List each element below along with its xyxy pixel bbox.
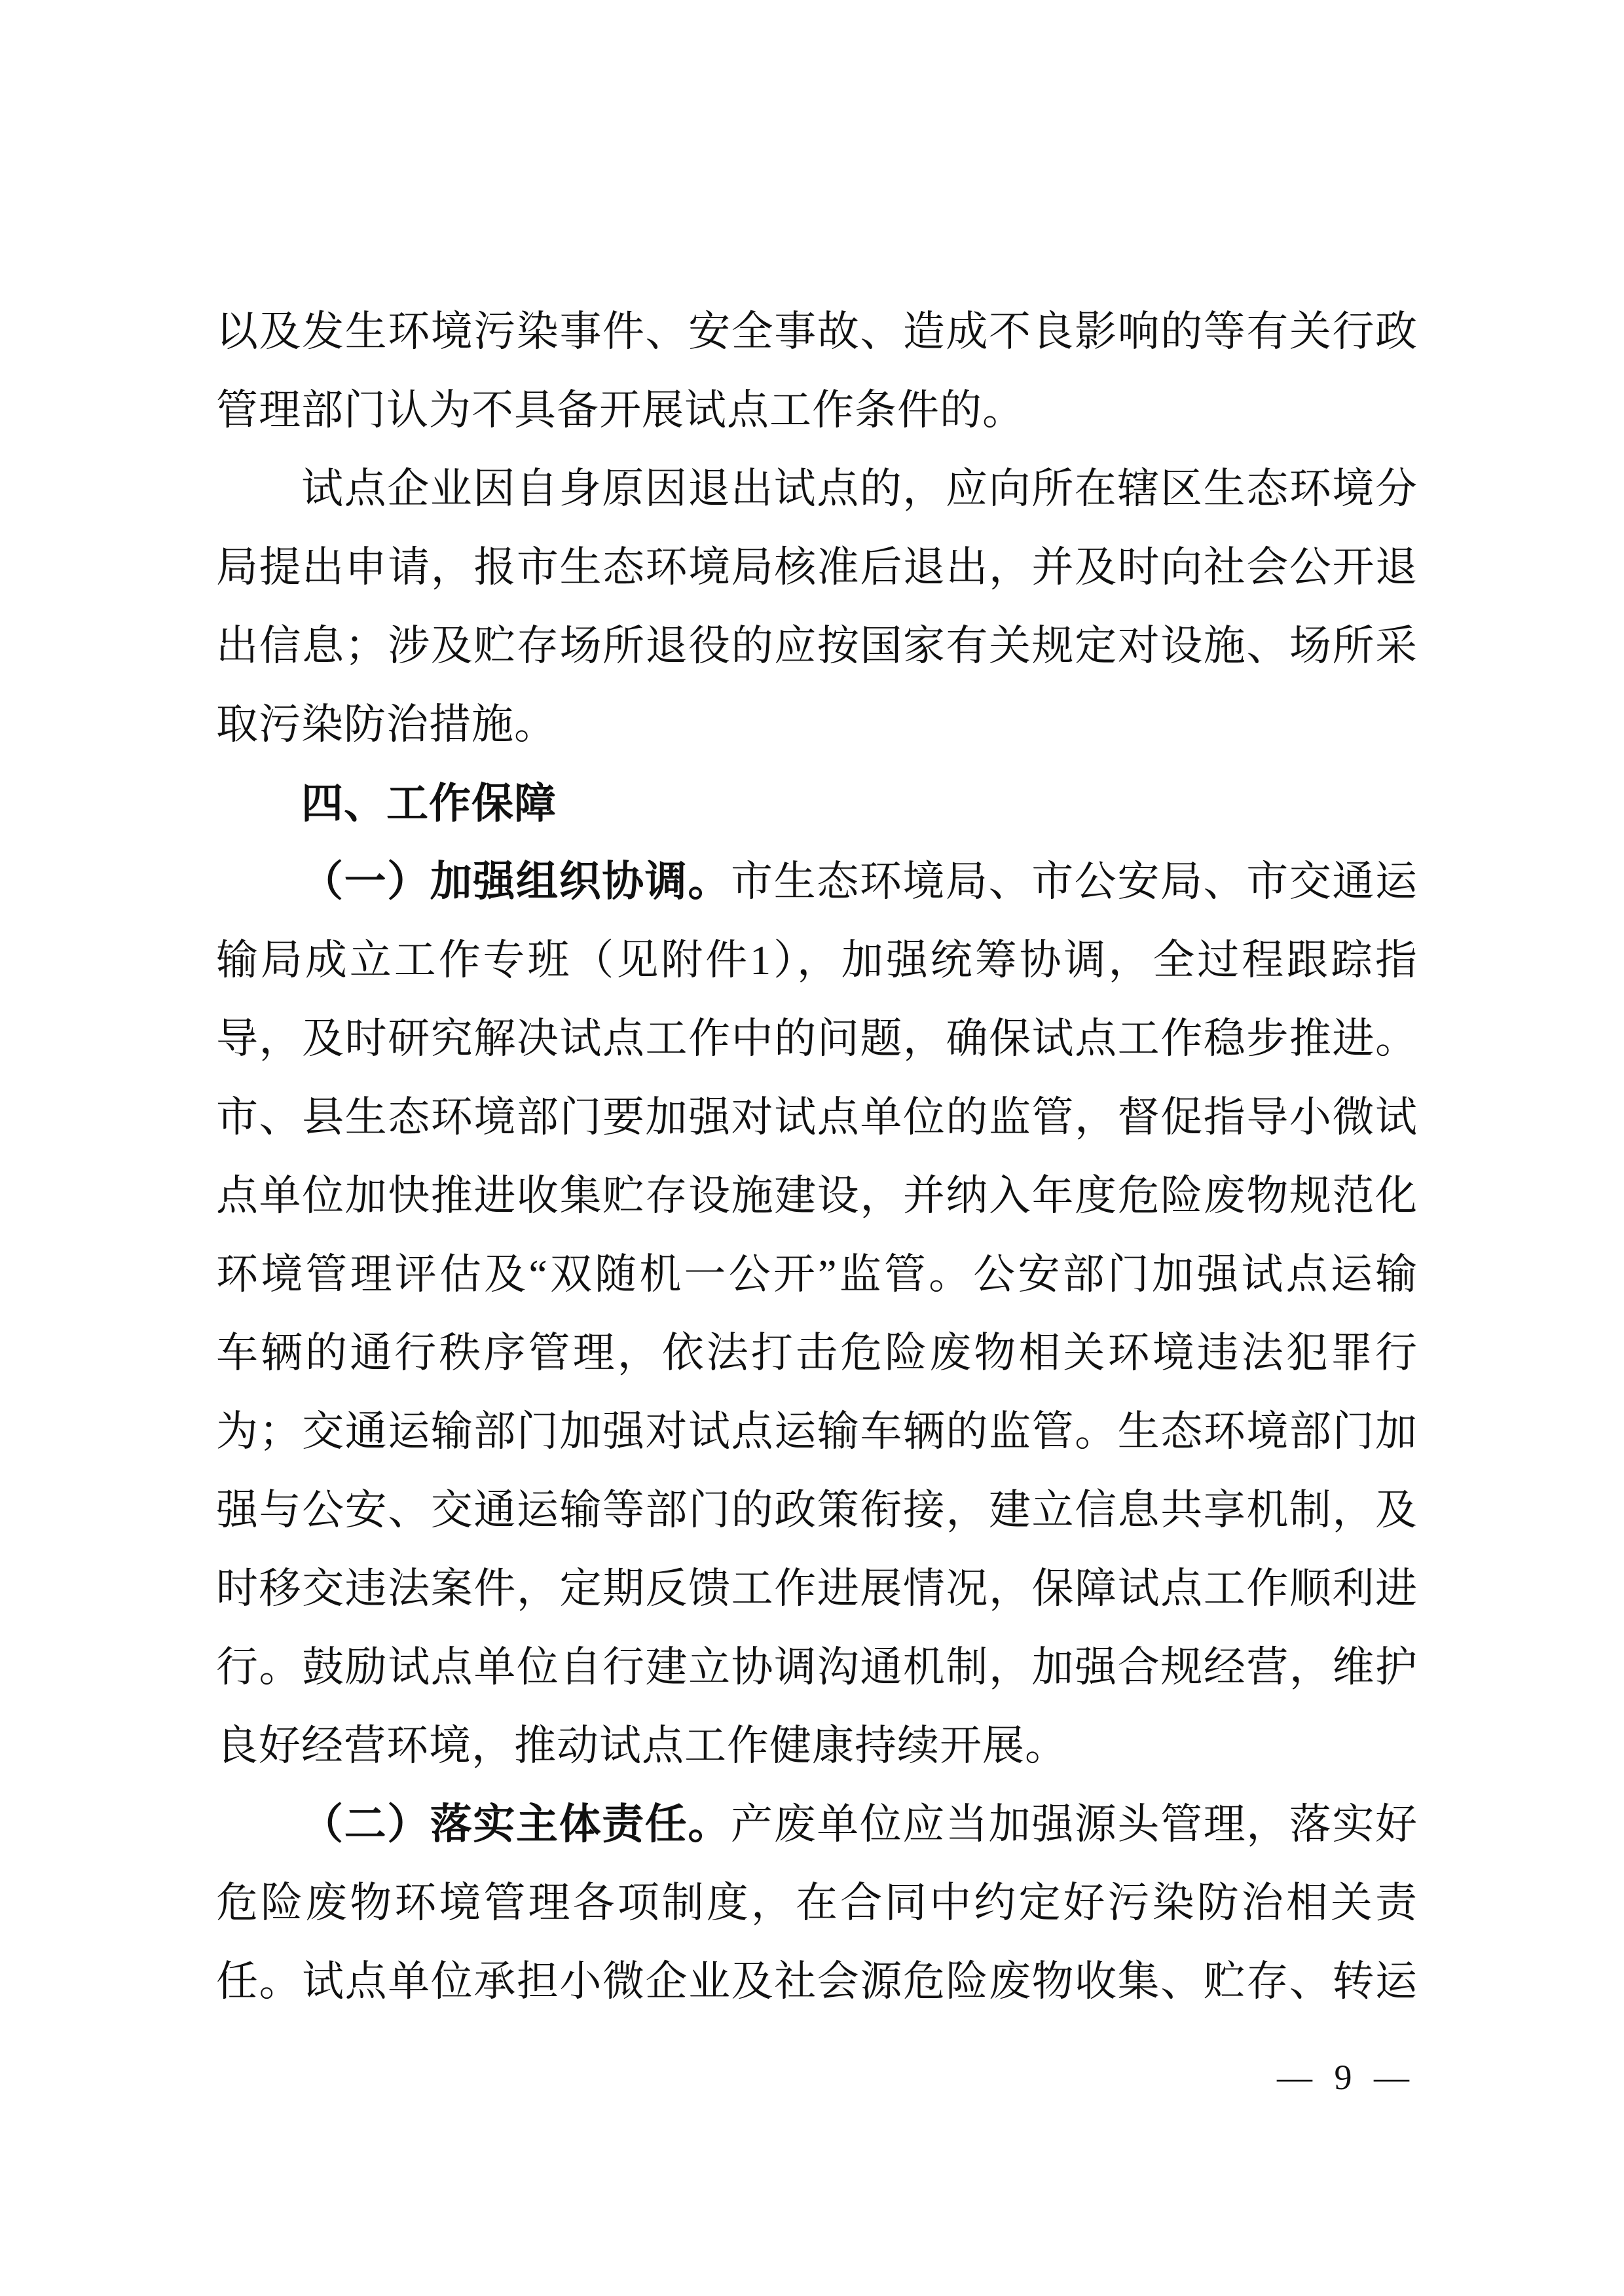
text-line: 良好经营环境，推动试点工作健康持续开展。 bbox=[216, 1707, 1418, 1785]
text-line: 试点企业因自身原因退出试点的，应向所在辖区生态环境分 bbox=[216, 450, 1418, 528]
text-line: 为；交通运输部门加强对试点运输车辆的监管。生态环境部门加 bbox=[216, 1393, 1418, 1471]
text-run: 产废单位应当加强源头管理，落实好 bbox=[731, 1801, 1418, 1848]
text-line: 任。试点单位承担小微企业及社会源危险废物收集、贮存、转运 bbox=[216, 1942, 1418, 2021]
page-number: — 9 — bbox=[1277, 2054, 1416, 2100]
text-line: 车辆的通行秩序管理，依法打击危险废物相关环境违法犯罪行 bbox=[216, 1314, 1418, 1393]
text-line: 危险废物环境管理各项制度，在合同中约定好污染防治相关责 bbox=[216, 1864, 1418, 1942]
document-page: 以及发生环境污染事件、安全事故、造成不良影响的等有关行政管理部门认为不具备开展试… bbox=[0, 0, 1624, 2296]
text-line: 导，及时研究解决试点工作中的问题，确保试点工作稳步推进。 bbox=[216, 1000, 1418, 1078]
text-line: 以及发生环境污染事件、安全事故、造成不良影响的等有关行政 bbox=[216, 293, 1418, 371]
text-line: （一）加强组织协调。市生态环境局、市公安局、市交通运 bbox=[216, 843, 1418, 921]
text-line: 市、县生态环境部门要加强对试点单位的监管，督促指导小微试 bbox=[216, 1078, 1418, 1157]
text-line: 点单位加快推进收集贮存设施建设，并纳入年度危险废物规范化 bbox=[216, 1157, 1418, 1235]
text-line: 管理部门认为不具备开展试点工作条件的。 bbox=[216, 371, 1418, 450]
text-line: 行。鼓励试点单位自行建立协调沟通机制，加强合规经营，维护 bbox=[216, 1628, 1418, 1707]
text-line: 局提出申请，报市生态环境局核准后退出，并及时向社会公开退 bbox=[216, 528, 1418, 607]
emphasis-run: （一）加强组织协调。 bbox=[301, 858, 731, 905]
text-line: 时移交违法案件，定期反馈工作进展情况，保障试点工作顺利进 bbox=[216, 1550, 1418, 1628]
text-line: 出信息；涉及贮存场所退役的应按国家有关规定对设施、场所采 bbox=[216, 607, 1418, 685]
section-heading: 四、工作保障 bbox=[216, 764, 1418, 843]
text-run: 市生态环境局、市公安局、市交通运 bbox=[731, 858, 1418, 905]
document-body: 以及发生环境污染事件、安全事故、造成不良影响的等有关行政管理部门认为不具备开展试… bbox=[216, 293, 1418, 2021]
text-line: 输局成立工作专班（见附件1），加强统筹协调，全过程跟踪指 bbox=[216, 921, 1418, 1000]
text-line: 取污染防治措施。 bbox=[216, 685, 1418, 764]
text-line: 强与公安、交通运输等部门的政策衔接，建立信息共享机制，及 bbox=[216, 1471, 1418, 1550]
text-line: 环境管理评估及“双随机一公开”监管。公安部门加强试点运输 bbox=[216, 1235, 1418, 1314]
text-line: （二）落实主体责任。产废单位应当加强源头管理，落实好 bbox=[216, 1785, 1418, 1864]
emphasis-run: （二）落实主体责任。 bbox=[301, 1801, 731, 1848]
